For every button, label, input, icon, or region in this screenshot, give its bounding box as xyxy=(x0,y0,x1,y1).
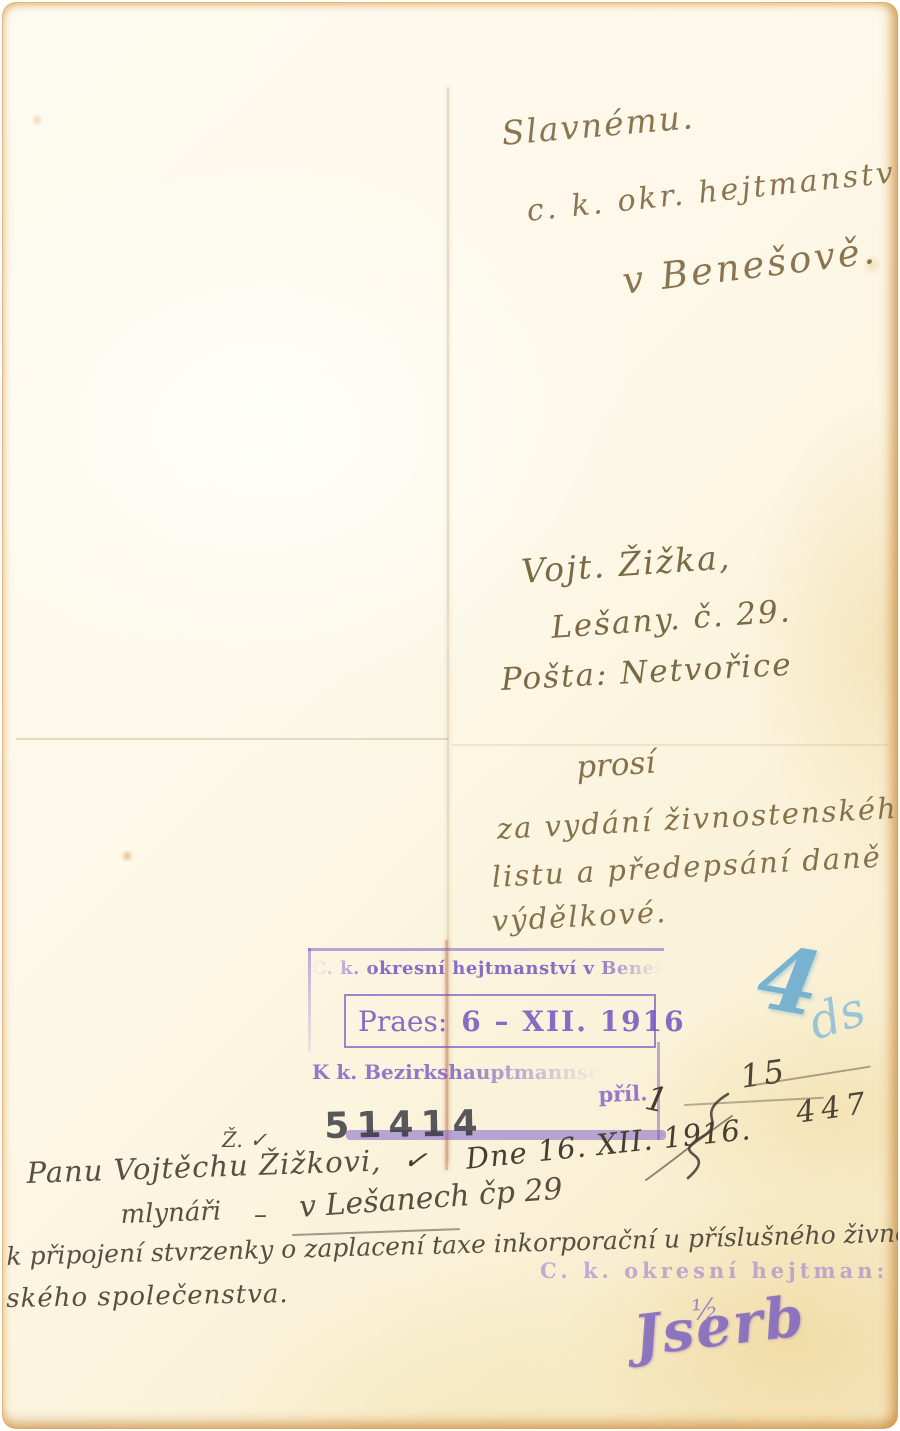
reply-place: v Lešanech čp 29 xyxy=(298,1172,564,1225)
fold-crease-horizontal-right xyxy=(452,744,888,746)
reply-role: mlynáři xyxy=(120,1196,222,1229)
applicant-address: Lešany. č. 29. xyxy=(550,593,793,646)
paper-stain xyxy=(120,850,134,862)
paper-sheet: Slavnému. c. k. okr. hejtmanství v Beneš… xyxy=(2,2,898,1429)
pencil-number-15: 15 xyxy=(738,1051,790,1095)
stamp-praes-date: 6 – XII. 1916 xyxy=(461,1005,685,1038)
stamp-border-top xyxy=(308,948,664,951)
applicant-post-office: Pošta: Netvořice xyxy=(500,647,793,698)
official-title-stamp: C. k. okresní hejtman: xyxy=(540,1258,888,1283)
petition-line-4: výdělkové. xyxy=(491,895,668,938)
stamp-office-german: K k. Bezirkshauptmannsch xyxy=(312,1060,642,1084)
document-scan: Slavnému. c. k. okr. hejtmanství v Beneš… xyxy=(0,0,900,1431)
signature: Jserb xyxy=(630,1283,809,1370)
pencil-number-447: 447 xyxy=(794,1086,873,1131)
salutation-line-3: v Benešově. xyxy=(620,229,880,303)
reply-dash: – xyxy=(254,1200,267,1230)
petition-line-1: prosí xyxy=(575,744,656,785)
reply-addressee: Panu Vojtěchu Žižkovi, xyxy=(26,1144,382,1190)
salutation-line-1: Slavnému. xyxy=(500,97,696,153)
stamp-border-left xyxy=(308,948,311,1052)
salutation-line-2: c. k. okr. hejtmanství xyxy=(525,154,898,229)
stamp-praes-box: Praes: 6 – XII. 1916 xyxy=(344,994,656,1048)
paper-stain xyxy=(32,112,42,128)
checkmark: ✓ xyxy=(401,1142,429,1178)
applicant-name: Vojt. Žižka, xyxy=(520,537,732,591)
stamp-registry-number: 51414 xyxy=(324,1103,485,1147)
fold-crease-horizontal-left xyxy=(16,738,448,740)
petition-line-2: za vydání živnostenského xyxy=(496,790,898,846)
petition-line-3: listu a předepsání daně xyxy=(491,840,883,894)
stamp-office-czech: C. k. okresní hejtmanství v Benešově xyxy=(312,958,662,979)
stamp-praes-label: Praes: xyxy=(358,1005,447,1038)
reply-instruction-line-2: ského společenstva. xyxy=(6,1279,289,1314)
